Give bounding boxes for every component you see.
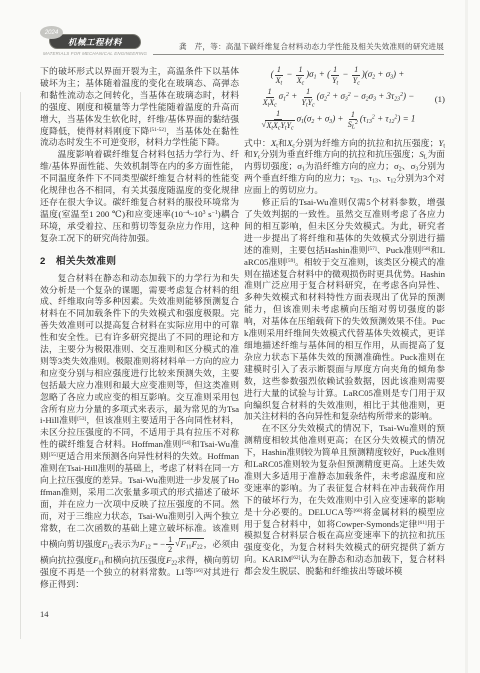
journal-logo: 2024 机械工程材料 MATERIALS FOR MECHANICAL ENG… bbox=[40, 28, 160, 62]
paragraph: 下的破坏形式以界面开裂为主，高温条件下以基体破坏为主；基体随着温度的变化在玻璃态… bbox=[40, 66, 239, 149]
paragraph: 在不区分失效模式的情况下，Tsai-Wu准则的预测精度相较其他准则更高；在区分失… bbox=[244, 423, 445, 578]
page-edge-shade bbox=[465, 0, 468, 673]
equation-1: (1Xt − 1Xc)σ1 + (1Yt − 1Yc)(σ2 + σ3) + 1… bbox=[244, 60, 445, 138]
paragraph: 修正后的Tsai-Wu准则仅需5个材料参数，增强了失效判据的一致性。虽然交互准则… bbox=[244, 197, 445, 423]
paragraph: 温度影响着碳纤维复合材料包括力学行为、纤维/基体界面性能、失效机制等在内的多方面… bbox=[40, 149, 239, 244]
journal-title-cn: 机械工程材料 bbox=[49, 34, 141, 49]
paragraph: 复合材料在静态和动态加载下的力学行为和失效分析是一个复杂的课题，需要考虑复合材料… bbox=[40, 273, 239, 591]
right-column: (1Xt − 1Xc)σ1 + (1Yt − 1Yc)(σ2 + σ3) + 1… bbox=[244, 60, 445, 578]
equation-number: (1) bbox=[435, 94, 445, 104]
equation-line: (1Xt − 1Xc)σ1 + (1Yt − 1Yc)(σ2 + σ3) + bbox=[244, 65, 431, 85]
equation-line: 1XtXcσ12 + 1YtYc(σ22 + σ32 − σ2σ3 + 3τ23… bbox=[244, 87, 431, 107]
year-badge: 2024 bbox=[40, 26, 63, 39]
page-number: 14 bbox=[40, 609, 49, 619]
equation-line: 1√XtXcYtYcσ1(σ2 + σ3) + 1SL2(τ132 + τ122… bbox=[244, 109, 431, 130]
section-heading: 2 相关失效准则 bbox=[40, 253, 239, 267]
page-header: 2024 机械工程材料 MATERIALS FOR MECHANICAL ENG… bbox=[40, 28, 444, 62]
paper-page: 2024 机械工程材料 MATERIALS FOR MECHANICAL ENG… bbox=[0, 0, 480, 673]
running-title: 龚 芹，等：高温下碳纤维复合材料动态力学性能及相关失效准则的研究进展 bbox=[179, 41, 444, 52]
page-edge-line bbox=[20, 92, 21, 639]
left-column: 下的破坏形式以界面开裂为主，高温条件下以基体破坏为主；基体随着温度的变化在玻璃态… bbox=[40, 66, 239, 590]
journal-title-en: MATERIALS FOR MECHANICAL ENGINEERING bbox=[43, 51, 147, 56]
header-rule bbox=[153, 54, 444, 55]
paragraph: 式中：Xt和Xc分别为纤维方向的抗拉和抗压强度；Yt和Yc分别为垂直纤维方向的抗… bbox=[244, 138, 445, 198]
